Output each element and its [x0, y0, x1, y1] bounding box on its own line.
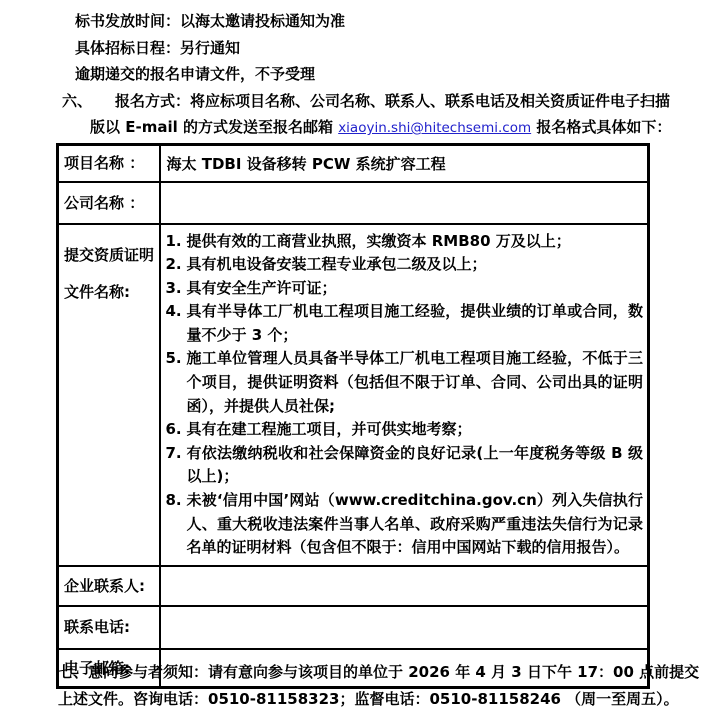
- table-row-qualification-docs: 提交资质证明文件名称: 1. 提供有效的工商营业执照，实缴资本 RMB80 万及…: [58, 224, 649, 566]
- contact-person-label: 企业联系人:: [58, 566, 160, 606]
- qualification-item: 4. 具有半导体工厂机电工程项目施工经验，提供业绩的订单或合同，数量不少于 3 …: [163, 300, 646, 347]
- qualification-docs-label: 提交资质证明文件名称:: [58, 224, 160, 566]
- qualification-item: 6. 具有在建工程施工项目，并可供实地考察；: [163, 418, 646, 442]
- qualification-item: 2. 具有机电设备安装工程专业承包二级及以上；: [163, 253, 646, 277]
- company-name-label: 公司名称 ：: [58, 182, 160, 224]
- item-text: 未被‘信用中国’网站（www.creditchina.gov.cn）列入失信执行…: [187, 489, 646, 560]
- bid-schedule-line: 具体招标日程：另行通知: [0, 35, 706, 62]
- registration-email-link[interactable]: xiaoyin.shi@hitechsemi.com: [338, 120, 531, 136]
- registration-email-line: 版以 E-mail 的方式发送至报名邮箱 xiaoyin.shi@hitechs…: [0, 114, 706, 142]
- registration-form-table: 项目名称 ： 海太 TDBI 设备移转 PCW 系统扩容工程 公司名称 ： 提交…: [56, 143, 650, 689]
- item-number: 5.: [163, 347, 187, 418]
- email-line-suffix: 报名格式具体如下：: [531, 118, 671, 136]
- item-number: 1.: [163, 230, 187, 254]
- registration-method-line: 六、报名方式：将应标项目名称、公司名称、联系人、联系电话及相关资质证件电子扫描: [0, 88, 706, 115]
- item-number: 3.: [163, 277, 187, 301]
- item-number: 7.: [163, 442, 187, 489]
- late-submission-line: 逾期递交的报名申请文件，不予受理: [0, 61, 706, 88]
- registration-method-text: 报名方式：将应标项目名称、公司名称、联系人、联系电话及相关资质证件电子扫描: [115, 92, 670, 110]
- item-text: 具有机电设备安装工程专业承包二级及以上；: [187, 253, 646, 277]
- project-name-label: 项目名称 ：: [58, 145, 160, 182]
- qualification-item: 3. 具有安全生产许可证；: [163, 277, 646, 301]
- item-number: 8.: [163, 489, 187, 560]
- qualification-item: 8. 未被‘信用中国’网站（www.creditchina.gov.cn）列入失…: [163, 489, 646, 560]
- table-row-contact-person: 企业联系人:: [58, 566, 649, 606]
- item-text: 具有安全生产许可证；: [187, 277, 646, 301]
- table-row-contact-phone: 联系电话:: [58, 606, 649, 649]
- item-text: 提供有效的工商营业执照，实缴资本 RMB80 万及以上；: [187, 230, 646, 254]
- qualification-item: 1. 提供有效的工商营业执照，实缴资本 RMB80 万及以上；: [163, 230, 646, 254]
- item-text: 施工单位管理人员具备半导体工厂机电工程项目施工经验，不低于三个项目，提供证明资料…: [187, 347, 646, 418]
- item-six-marker: 六、: [62, 88, 115, 115]
- footer-notice: 七、意向参与者须知：请有意向参与该项目的单位于 2026 年 4 月 3 日下午…: [58, 659, 699, 713]
- company-name-field[interactable]: [160, 182, 649, 224]
- item-text: 有依法缴纳税收和社会保障资金的良好记录(上一年度税务等级 B 级以上)；: [187, 442, 646, 489]
- item-number: 4.: [163, 300, 187, 347]
- qualification-item: 5. 施工单位管理人员具备半导体工厂机电工程项目施工经验，不低于三个项目，提供证…: [163, 347, 646, 418]
- table-row-company-name: 公司名称 ：: [58, 182, 649, 224]
- item-number: 6.: [163, 418, 187, 442]
- item-number: 2.: [163, 253, 187, 277]
- qualification-item: 7. 有依法缴纳税收和社会保障资金的良好记录(上一年度税务等级 B 级以上)；: [163, 442, 646, 489]
- intro-section: 标书发放时间：以海太邀请投标通知为准 具体招标日程：另行通知 逾期递交的报名申请…: [0, 0, 706, 142]
- item-text: 具有在建工程施工项目，并可供实地考察；: [187, 418, 646, 442]
- participant-notice-line-2: 上述文件。咨询电话：0510-81158323；监督电话：0510-811582…: [58, 686, 699, 713]
- qualification-docs-list: 1. 提供有效的工商营业执照，实缴资本 RMB80 万及以上； 2. 具有机电设…: [160, 224, 649, 566]
- email-line-prefix: 版以 E-mail 的方式发送至报名邮箱: [90, 118, 338, 136]
- participant-notice-line-1: 七、意向参与者须知：请有意向参与该项目的单位于 2026 年 4 月 3 日下午…: [58, 659, 699, 686]
- bid-release-time-line: 标书发放时间：以海太邀请投标通知为准: [0, 8, 706, 35]
- project-name-value: 海太 TDBI 设备移转 PCW 系统扩容工程: [160, 145, 649, 182]
- contact-phone-field[interactable]: [160, 606, 649, 649]
- contact-phone-label: 联系电话:: [58, 606, 160, 649]
- item-text: 具有半导体工厂机电工程项目施工经验，提供业绩的订单或合同，数量不少于 3 个；: [187, 300, 646, 347]
- table-row-project-name: 项目名称 ： 海太 TDBI 设备移转 PCW 系统扩容工程: [58, 145, 649, 182]
- document-page: 标书发放时间：以海太邀请投标通知为准 具体招标日程：另行通知 逾期递交的报名申请…: [0, 0, 706, 713]
- contact-person-field[interactable]: [160, 566, 649, 606]
